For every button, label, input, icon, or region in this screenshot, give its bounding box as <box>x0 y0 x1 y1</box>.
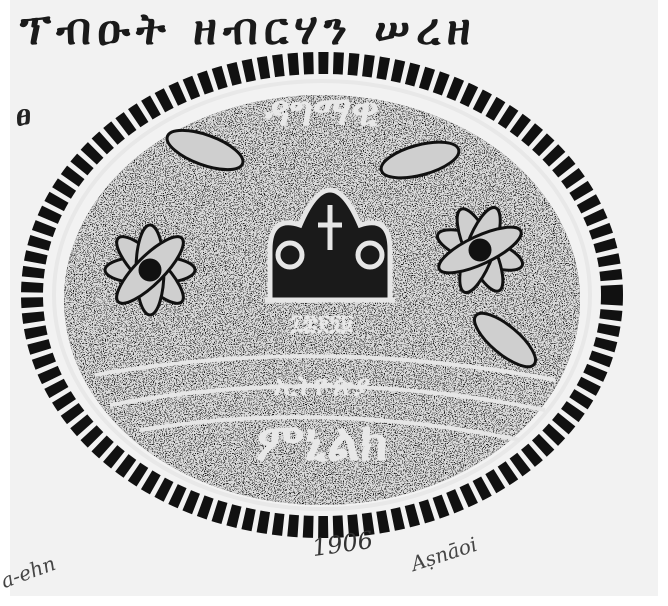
seal-top-text: ዳግማዊ <box>264 88 379 135</box>
seal-middle-text: ኢትዮጵያ <box>274 369 371 402</box>
seal-impression: ዳግማዊ ፲፰፻፺፱ ኢትዮጵያ ምኒልክ <box>0 0 668 606</box>
page-bottom-margin <box>0 596 668 606</box>
seal-crown-year: ፲፰፻፺፱ <box>290 310 353 336</box>
seal-bottom-text: ምኒልክ <box>256 412 388 473</box>
